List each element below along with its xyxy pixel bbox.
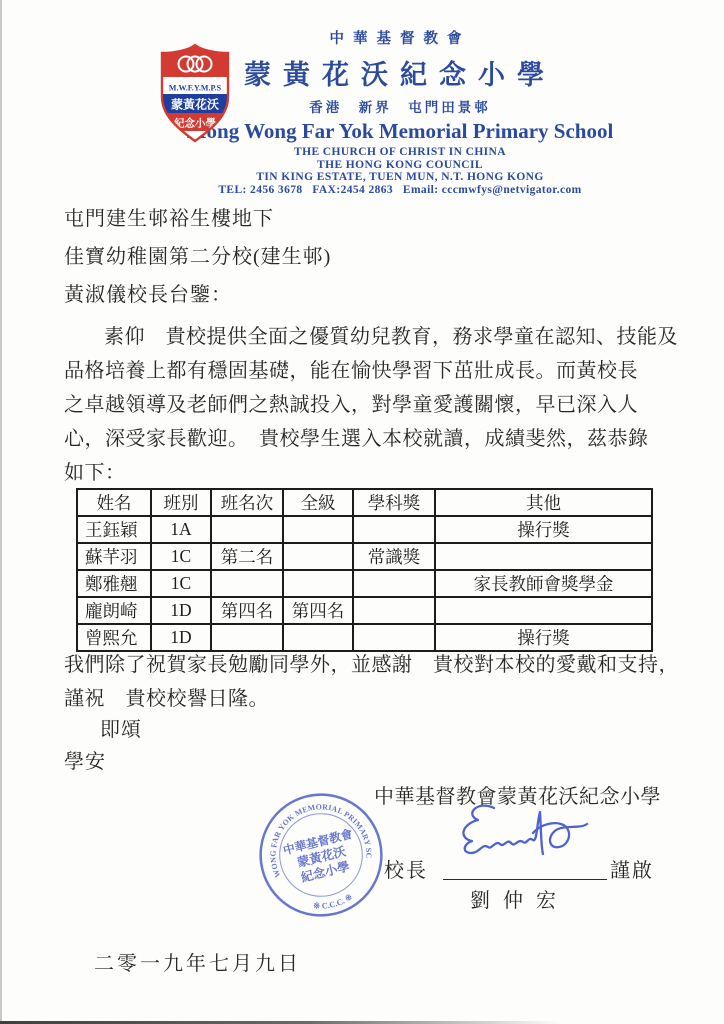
- letter-page: 中華基督教會 蒙黃花沃紀念小學 香港 新界 屯門田景邨 Mong Wong Fa…: [0, 0, 724, 1024]
- cell-subject-award: [353, 624, 435, 651]
- contact-line: TEL: 2456 3678 FAX:2454 2863 Email: cccm…: [38, 184, 724, 197]
- recipient-salutation: 黃淑儀校長台鑒：: [64, 278, 232, 307]
- awards-table: 姓名 班別 班名次 全級 學科獎 其他 王鈺穎 1A 操行獎 蘇芊羽 1C 第二…: [76, 488, 653, 652]
- body-paragraph-1: 素仰 貴校提供全面之優質幼兒教育，務求學童在認知、技能及 品格培養上都有穩固基礎…: [64, 320, 680, 490]
- cell-grade-rank: [283, 624, 353, 651]
- table-row: 龐朗崎 1D 第四名 第四名: [77, 597, 652, 624]
- col-header-name: 姓名: [77, 489, 151, 516]
- cell-subject-award: [353, 597, 435, 624]
- org-name-zh: 中華基督教會: [38, 27, 724, 48]
- recipient-address-1: 屯門建生邨裕生樓地下: [64, 202, 274, 231]
- cell-class: 1C: [151, 543, 211, 570]
- col-header-other: 其他: [435, 489, 652, 516]
- cell-class-rank: 第二名: [211, 543, 283, 570]
- crest-band-zh-1: 蒙黃花沃: [171, 97, 219, 112]
- body-line: 謹祝 貴校校譽日隆。: [64, 682, 680, 716]
- principal-label: 校長: [384, 854, 428, 883]
- cell-class: 1A: [151, 516, 211, 543]
- cell-name: 曾熙允: [77, 624, 151, 651]
- cell-other: 操行獎: [435, 624, 652, 651]
- cell-class: 1D: [151, 624, 211, 651]
- cell-name: 王鈺穎: [77, 516, 151, 543]
- col-header-class: 班別: [151, 489, 211, 516]
- respectful-close: 謹啟: [610, 854, 654, 883]
- recipient-address-2: 佳寶幼稚園第二分校(建生邨): [64, 240, 331, 269]
- cell-grade-rank: [283, 570, 353, 597]
- body-line: 我們除了祝賀家長勉勵同學外，並感謝 貴校對本校的愛戴和支持，: [64, 648, 680, 682]
- address-en: TIN KING ESTATE, TUEN MUN, N.T. HONG KON…: [38, 171, 724, 184]
- closing-phrase-2: 學安: [64, 745, 106, 774]
- table-row: 曾熙允 1D 操行獎: [77, 624, 652, 651]
- col-header-subject-award: 學科獎: [353, 489, 435, 516]
- school-name-zh: 蒙黃花沃紀念小學: [38, 53, 724, 92]
- cell-other: 家長教師會獎學金: [435, 570, 652, 597]
- school-stamp-icon: MONG WONG FAR YOK MEMORIAL PRIMARY SCHOO…: [257, 791, 385, 919]
- cell-subject-award: 常識獎: [353, 543, 435, 570]
- cell-subject-award: [353, 516, 435, 543]
- cell-class-rank: [211, 624, 283, 651]
- body-line: 之卓越領導及老師們之熱誠投入，對學童愛護關懷，早已深入人: [64, 388, 680, 422]
- cell-subject-award: [353, 570, 435, 597]
- cell-class-rank: [211, 516, 283, 543]
- church-line-1: THE CHURCH OF CHRIST IN CHINA: [38, 146, 724, 159]
- table-row: 鄭雅翹 1C 家長教師會獎學金: [77, 570, 652, 597]
- letter-date: 二零一九年七月九日: [94, 947, 301, 976]
- cell-class: 1D: [151, 597, 211, 624]
- cell-class-rank: [211, 570, 283, 597]
- body-line: 如下：: [64, 456, 680, 490]
- cell-grade-rank: [283, 516, 353, 543]
- body-line: 素仰 貴校提供全面之優質幼兒教育，務求學童在認知、技能及: [64, 320, 680, 354]
- cell-other: [435, 597, 652, 624]
- body-paragraph-2: 我們除了祝賀家長勉勵同學外，並感謝 貴校對本校的愛戴和支持， 謹祝 貴校校譽日隆…: [64, 648, 680, 716]
- cell-other: 操行獎: [435, 516, 652, 543]
- school-location-zh: 香港 新界 屯門田景邨: [38, 96, 724, 116]
- body-line: 品格培養上都有穩固基礎，能在愉快學習下茁壯成長。而黃校長: [64, 354, 680, 388]
- principal-name: 劉 仲 宏: [470, 884, 560, 913]
- cell-name: 鄭雅翹: [77, 570, 151, 597]
- church-line-2: THE HONG KONG COUNCIL: [38, 159, 724, 172]
- scan-edge-left: [0, 0, 2, 1024]
- cell-class: 1C: [151, 570, 211, 597]
- cell-class-rank: 第四名: [211, 597, 283, 624]
- table-row: 蘇芊羽 1C 第二名 常識獎: [77, 543, 652, 570]
- cell-grade-rank: 第四名: [283, 597, 353, 624]
- body-line: 心，深受家長歡迎。 貴校學生選入本校就讀，成績斐然，茲恭錄: [64, 422, 680, 456]
- school-crest: M.W.F.Y.M.P.S 蒙黃花沃 紀念小學: [158, 43, 232, 143]
- col-header-class-rank: 班名次: [211, 489, 283, 516]
- crest-initials: M.W.F.Y.M.P.S: [169, 84, 222, 93]
- letterhead: 中華基督教會 蒙黃花沃紀念小學 香港 新界 屯門田景邨 Mong Wong Fa…: [38, 27, 724, 196]
- awards-table-header-row: 姓名 班別 班名次 全級 學科獎 其他: [77, 489, 652, 516]
- principal-signature-ink: [436, 792, 620, 886]
- cell-other: [435, 543, 652, 570]
- cell-name: 蘇芊羽: [77, 543, 151, 570]
- closing-phrase-1: 即頌: [100, 713, 142, 742]
- col-header-grade-rank: 全級: [283, 489, 353, 516]
- table-row: 王鈺穎 1A 操行獎: [77, 516, 652, 543]
- school-name-en: Mong Wong Far Yok Memorial Primary Schoo…: [38, 119, 724, 144]
- cell-name: 龐朗崎: [77, 597, 151, 624]
- cell-grade-rank: [283, 543, 353, 570]
